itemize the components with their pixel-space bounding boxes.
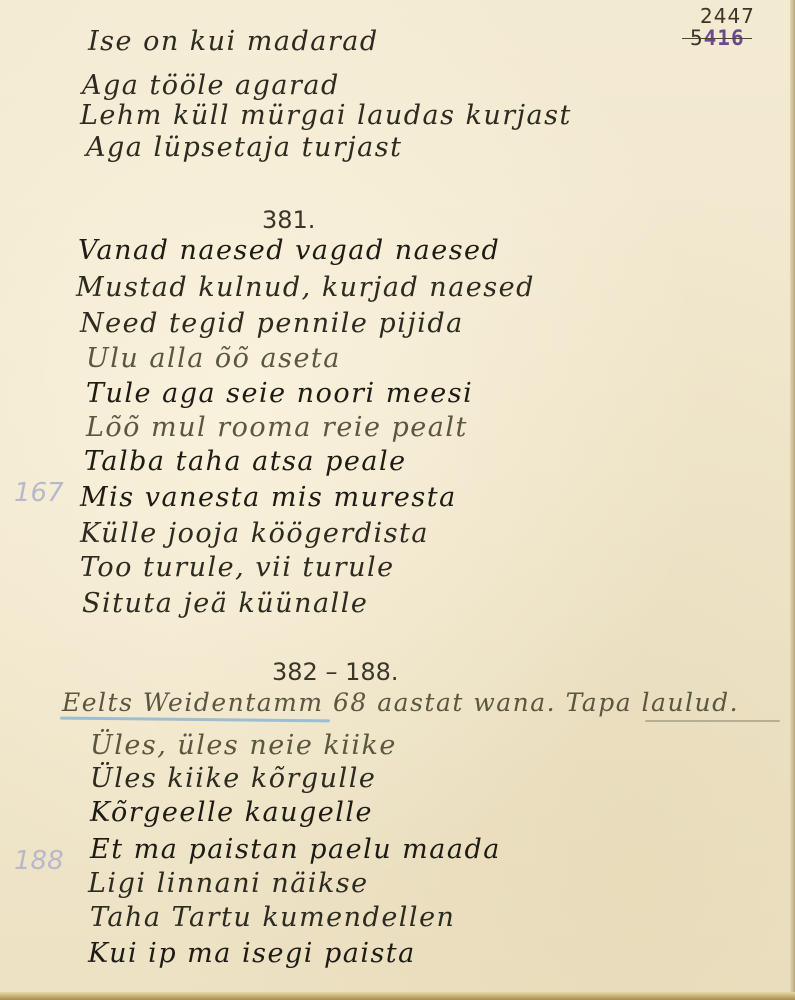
blue-pencil-underline [60, 717, 330, 723]
verse-line: Tule aga seie noori meesi [86, 378, 473, 409]
verse-line: Ulu alla õõ aseta [86, 343, 341, 374]
verse-line: Üles kiike kõrgulle [90, 763, 376, 794]
verse-line: Aga lüpsetaja turjast [86, 132, 402, 163]
verse-line: Lõõ mul rooma reie pealt [86, 412, 468, 443]
song-number-382: 382 – 188. [272, 658, 399, 686]
verse-line: Ise on kui madarad [88, 26, 379, 57]
verse-line: Kui ip ma isegi paista [88, 938, 416, 969]
singer-note: Eelts Weidentamm 68 aastat wana. Tapa la… [62, 688, 739, 717]
verse-line: Külle jooja köögerdista [80, 518, 429, 549]
verse-line: Too turule, vii turule [80, 552, 395, 583]
verse-line: Situta jeä küünalle [82, 588, 368, 619]
verse-line: Aga tööle agarad [82, 70, 340, 101]
page-edge-right [790, 0, 795, 1000]
strike-through-line [682, 38, 752, 39]
manuscript-page: 2447 5416 Ise on kui madarad Aga tööle a… [0, 0, 795, 1000]
grey-underline [645, 720, 780, 722]
verse-line: Kõrgeelle kaugelle [90, 797, 373, 828]
margin-note-188: 188 [14, 846, 64, 876]
verse-line: Mustad kulnud, kurjad naesed [76, 272, 535, 303]
verse-line: Need tegid pennile pijida [80, 308, 464, 339]
verse-line: Üles, üles neie kiike [90, 730, 397, 761]
margin-note-167: 167 [14, 478, 64, 508]
song-number-381: 381. [262, 206, 315, 234]
verse-line: Mis vanesta mis muresta [80, 482, 457, 513]
verse-line: Taha Tartu kumendellen [90, 902, 455, 933]
verse-line: Vanad naesed vagad naesed [78, 235, 500, 266]
archive-number-handwritten: 2447 [700, 4, 755, 28]
verse-line: Talba taha atsa peale [84, 446, 407, 477]
page-edge-bottom [0, 992, 795, 1000]
verse-line: Ligi linnani näikse [88, 868, 369, 899]
verse-line: Lehm küll mürgai laudas kurjast [80, 100, 572, 131]
verse-line: Et ma paistan paelu maada [90, 834, 501, 865]
